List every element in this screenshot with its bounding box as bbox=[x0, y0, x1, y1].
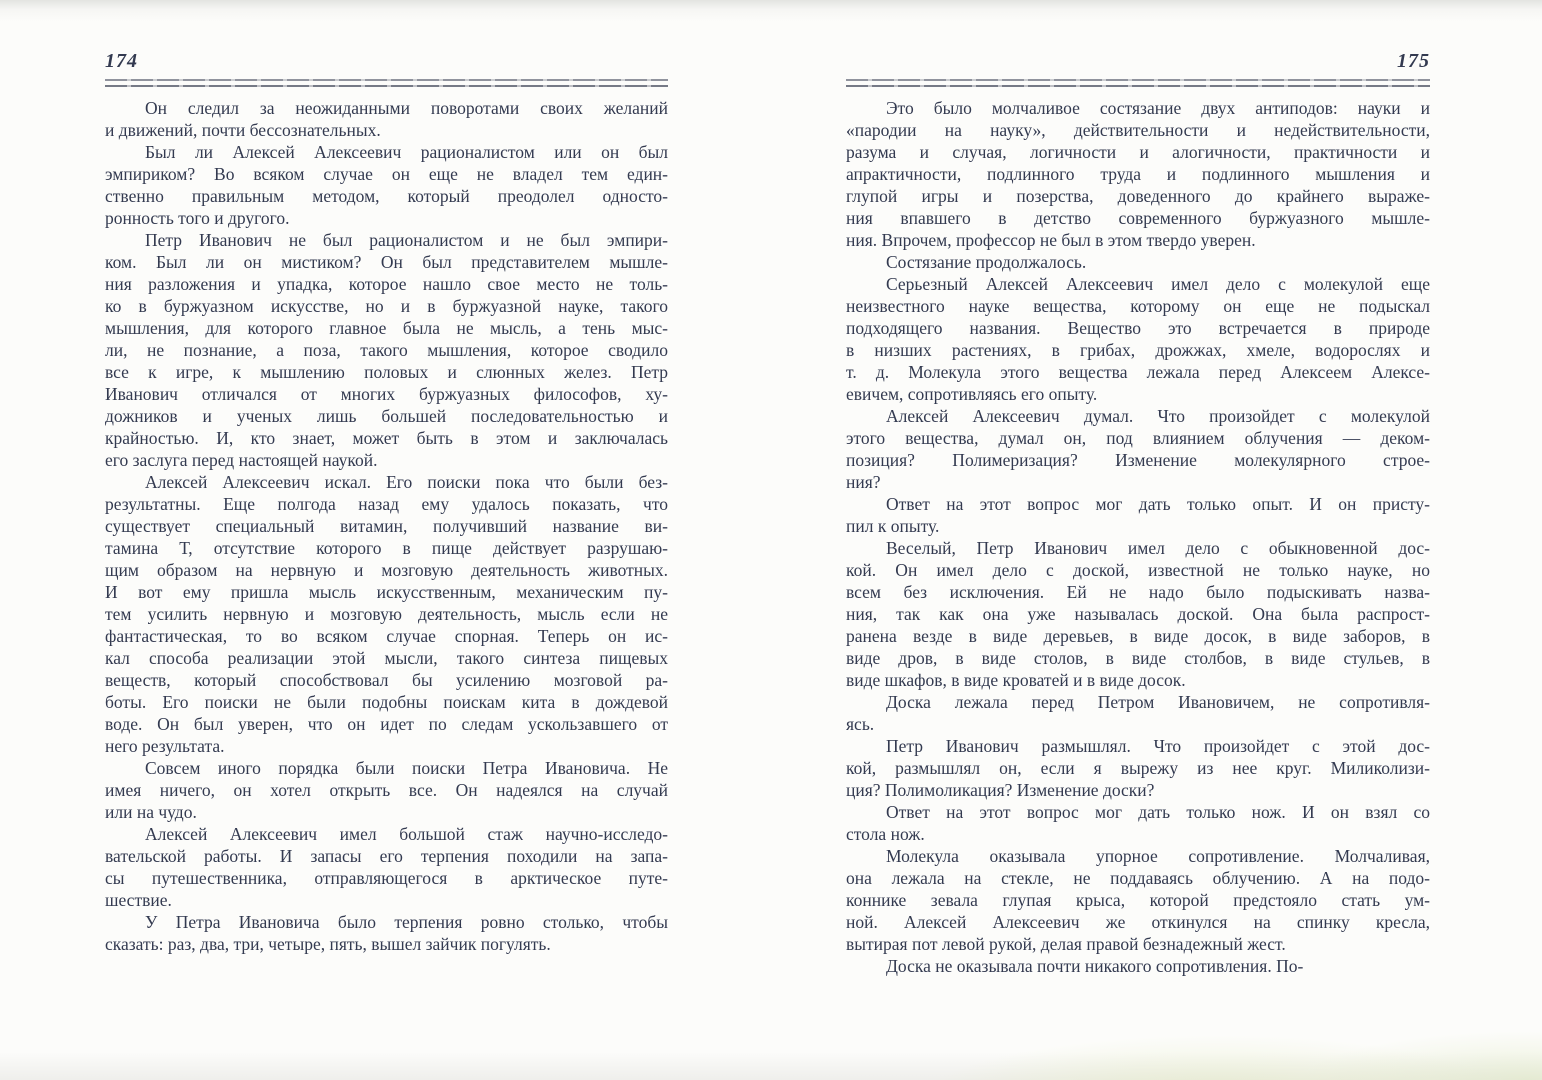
text-line: вательской работы. И запасы его терпения… bbox=[105, 845, 668, 867]
text-line: позиция? Полимеризация? Изменение молеку… bbox=[846, 449, 1430, 471]
text-line: ния впавшего в детство современного бурж… bbox=[846, 207, 1430, 229]
page-number-right: 175 bbox=[846, 50, 1430, 73]
paragraph: Доска лежала перед Петром Ивановичем, не… bbox=[846, 691, 1430, 735]
header-rule-line bbox=[846, 79, 1430, 81]
paragraph: Это было молчаливое состязание двух анти… bbox=[846, 97, 1430, 251]
text-line: в низших растениях, в грибах, дрожжах, х… bbox=[846, 339, 1430, 361]
text-line: Совсем иного порядка были поиски Петра И… bbox=[105, 757, 668, 779]
text-line: Алексей Алексеевич искал. Его поиски пок… bbox=[105, 471, 668, 493]
text-line: Иванович отличался от многих буржуазных … bbox=[105, 383, 668, 405]
text-line: щим образом на нервную и мозговую деятел… bbox=[105, 559, 668, 581]
text-line: его заслуга перед настоящей наукой. bbox=[105, 449, 668, 471]
header-rule-line bbox=[105, 85, 668, 87]
text-line: виде шкафов, в виде кроватей и в виде до… bbox=[846, 669, 1430, 691]
text-line: кой, размышлял он, если я вырежу из нее … bbox=[846, 757, 1430, 779]
text-line: Петр Иванович не был рационалистом и не … bbox=[105, 229, 668, 251]
text-line: фантастическая, то во всяком случае спор… bbox=[105, 625, 668, 647]
text-line: ясь. bbox=[846, 713, 1430, 735]
paragraph: Алексей Алексеевич искал. Его поиски пок… bbox=[105, 471, 668, 757]
text-line: мышления, для которого главное была не м… bbox=[105, 317, 668, 339]
text-line: кой. Он имел дело с доской, известной не… bbox=[846, 559, 1430, 581]
text-line: ранена везде в виде деревьев, в виде дос… bbox=[846, 625, 1430, 647]
text-line: и движений, почти бессознательных. bbox=[105, 119, 668, 141]
text-line: Состязание продолжалось. bbox=[846, 251, 1430, 273]
text-line: разума и случая, логичности и алогичност… bbox=[846, 141, 1430, 163]
text-line: крайностью. И, кто знает, может быть в э… bbox=[105, 427, 668, 449]
text-line: стола нож. bbox=[846, 823, 1430, 845]
text-line: него результата. bbox=[105, 735, 668, 757]
text-line: или на чудо. bbox=[105, 801, 668, 823]
paragraph: Был ли Алексей Алексеевич рационалистом … bbox=[105, 141, 668, 229]
text-line: имея ничего, он хотел открыть все. Он на… bbox=[105, 779, 668, 801]
text-line: Ответ на этот вопрос мог дать только нож… bbox=[846, 801, 1430, 823]
text-line: евичем, сопротивляясь его опыту. bbox=[846, 383, 1430, 405]
text-line: ния. Впрочем, профессор не был в этом тв… bbox=[846, 229, 1430, 251]
paragraph: Доска не оказывала почти никакого сопрот… bbox=[846, 955, 1430, 977]
text-line: все к игре, к мышлению половых и слюнных… bbox=[105, 361, 668, 383]
paragraph: У Петра Ивановича было терпения ровно ст… bbox=[105, 911, 668, 955]
text-line: Петр Иванович размышлял. Что произойдет … bbox=[846, 735, 1430, 757]
text-line: Он следил за неожиданными поворотами сво… bbox=[105, 97, 668, 119]
text-line: Был ли Алексей Алексеевич рационалистом … bbox=[105, 141, 668, 163]
text-line: сы путешественника, отправляющегося в ар… bbox=[105, 867, 668, 889]
paragraph: Алексей Алексеевич имел большой стаж нау… bbox=[105, 823, 668, 911]
paragraph: Петр Иванович размышлял. Что произойдет … bbox=[846, 735, 1430, 801]
text-line: «пародии на науку», действительности и н… bbox=[846, 119, 1430, 141]
text-line: всем без исключения. Ей не надо было под… bbox=[846, 581, 1430, 603]
text-line: ния? bbox=[846, 471, 1430, 493]
text-line: эмпириком? Во всяком случае он еще не вл… bbox=[105, 163, 668, 185]
text-line: боты. Его поиски не были подобны поискам… bbox=[105, 691, 668, 713]
paragraph: Серьезный Алексей Алексеевич имел дело с… bbox=[846, 273, 1430, 405]
text-line: глупой игры и позерства, доведенного до … bbox=[846, 185, 1430, 207]
paragraph: Состязание продолжалось. bbox=[846, 251, 1430, 273]
paragraph: Молекула оказывала упорное сопротивление… bbox=[846, 845, 1430, 955]
text-line: пил к опыту. bbox=[846, 515, 1430, 537]
text-line: ния, так как она уже называлась доской. … bbox=[846, 603, 1430, 625]
paragraph: Ответ на этот вопрос мог дать только опы… bbox=[846, 493, 1430, 537]
text-line: этого вещества, думал он, под влиянием о… bbox=[846, 427, 1430, 449]
text-line: ли, не познание, а поза, такого мышления… bbox=[105, 339, 668, 361]
text-line: подходящего названия. Вещество это встре… bbox=[846, 317, 1430, 339]
text-line: виде дров, в виде столов, в виде столбов… bbox=[846, 647, 1430, 669]
text-line: Это было молчаливое состязание двух анти… bbox=[846, 97, 1430, 119]
text-line: тем усилить нервную и мозговую деятельно… bbox=[105, 603, 668, 625]
text-line: она лежала на стекле, не поддаваясь облу… bbox=[846, 867, 1430, 889]
paragraph: Веселый, Петр Иванович имел дело с обыкн… bbox=[846, 537, 1430, 691]
text-line: результатны. Еще полгода назад ему удало… bbox=[105, 493, 668, 515]
text-line: ция? Полимоликация? Изменение доски? bbox=[846, 779, 1430, 801]
text-line: ко в буржуазном искусстве, но и в буржуа… bbox=[105, 295, 668, 317]
text-line: существует специальный витамин, получивш… bbox=[105, 515, 668, 537]
text-line: коннике зевала глупая крыса, которой пре… bbox=[846, 889, 1430, 911]
text-line: сказать: раз, два, три, четыре, пять, вы… bbox=[105, 933, 668, 955]
text-line: кал способа реализации этой мысли, таког… bbox=[105, 647, 668, 669]
page-number-left: 174 bbox=[105, 50, 668, 73]
text-line: Алексей Алексеевич думал. Что произойдет… bbox=[846, 405, 1430, 427]
text-line: ронность того и другого. bbox=[105, 207, 668, 229]
header-rule-right bbox=[846, 79, 1430, 87]
text-line: шествие. bbox=[105, 889, 668, 911]
header-rule-line bbox=[105, 79, 668, 81]
book-page-left: 174 Он следил за неожиданными поворотами… bbox=[105, 0, 668, 1080]
page-text-left: Он следил за неожиданными поворотами сво… bbox=[105, 97, 668, 955]
text-line: апрактичности, подлинного труда и подлин… bbox=[846, 163, 1430, 185]
text-line: вытирая пот левой рукой, делая правой бе… bbox=[846, 933, 1430, 955]
text-line: т. д. Молекула этого вещества лежала пер… bbox=[846, 361, 1430, 383]
book-page-right: 175 Это было молчаливое состязание двух … bbox=[846, 0, 1430, 1080]
page-text-right: Это было молчаливое состязание двух анти… bbox=[846, 97, 1430, 977]
text-line: тамина Т, отсутствие которого в пище дей… bbox=[105, 537, 668, 559]
text-line: ком. Был ли он мистиком? Он был представ… bbox=[105, 251, 668, 273]
text-line: Серьезный Алексей Алексеевич имел дело с… bbox=[846, 273, 1430, 295]
book-spread: 174 Он следил за неожиданными поворотами… bbox=[0, 0, 1542, 1080]
text-line: ственно правильным методом, который прео… bbox=[105, 185, 668, 207]
text-line: воде. Он был уверен, что он идет по след… bbox=[105, 713, 668, 735]
paragraph: Ответ на этот вопрос мог дать только нож… bbox=[846, 801, 1430, 845]
text-line: Веселый, Петр Иванович имел дело с обыкн… bbox=[846, 537, 1430, 559]
text-line: неизвестного науке вещества, которому он… bbox=[846, 295, 1430, 317]
text-line: Молекула оказывала упорное сопротивление… bbox=[846, 845, 1430, 867]
text-line: И вот ему пришла мысль искусственным, ме… bbox=[105, 581, 668, 603]
paragraph: Алексей Алексеевич думал. Что произойдет… bbox=[846, 405, 1430, 493]
text-line: Доска лежала перед Петром Ивановичем, не… bbox=[846, 691, 1430, 713]
text-line: дожников и ученых лишь большей последова… bbox=[105, 405, 668, 427]
text-line: Ответ на этот вопрос мог дать только опы… bbox=[846, 493, 1430, 515]
header-rule-line bbox=[846, 85, 1430, 87]
paragraph: Петр Иванович не был рационалистом и не … bbox=[105, 229, 668, 471]
paragraph: Совсем иного порядка были поиски Петра И… bbox=[105, 757, 668, 823]
text-line: Доска не оказывала почти никакого сопрот… bbox=[846, 955, 1430, 977]
text-line: веществ, который способствовал бы усилен… bbox=[105, 669, 668, 691]
header-rule-left bbox=[105, 79, 668, 87]
text-line: У Петра Ивановича было терпения ровно ст… bbox=[105, 911, 668, 933]
text-line: ной. Алексей Алексеевич же откинулся на … bbox=[846, 911, 1430, 933]
text-line: ния разложения и упадка, которое нашло с… bbox=[105, 273, 668, 295]
paragraph: Он следил за неожиданными поворотами сво… bbox=[105, 97, 668, 141]
text-line: Алексей Алексеевич имел большой стаж нау… bbox=[105, 823, 668, 845]
